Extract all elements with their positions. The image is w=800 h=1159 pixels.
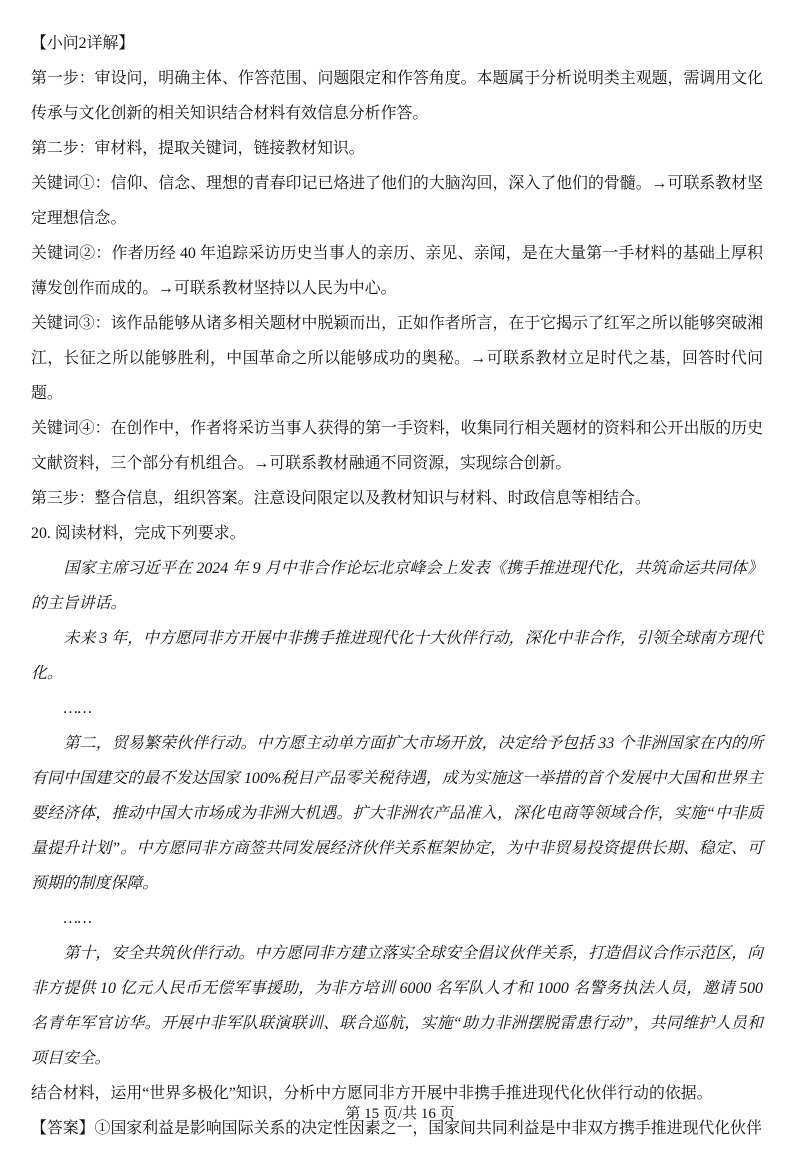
material-speech-intro: 国家主席习近平在 2024 年 9 月中非合作论坛北京峰会上发表《携手推进现代化… <box>31 551 763 621</box>
material-security-partnership: 第十，安全共筑伙伴行动。中方愿同非方建立落实全球安全倡议伙伴关系，打造倡议合作示… <box>31 936 763 1076</box>
keyword-1-paragraph: 关键词①：信仰、信念、理想的青春印记已烙进了他们的大脑沟回，深入了他们的骨髓。→… <box>31 166 763 236</box>
page-number-footer: 第 15 页/共 16 页 <box>0 1103 800 1125</box>
keyword-2-paragraph: 关键词②：作者历经 40 年追踪采访历史当事人的亲历、亲见、亲闻，是在大量第一手… <box>31 236 763 306</box>
material-next-3-years: 未来 3 年，中方愿同非方开展中非携手推进现代化十大伙伴行动，深化中非合作，引领… <box>31 621 763 691</box>
question-20-intro: 20. 阅读材料，完成下列要求。 <box>31 516 763 551</box>
document-body: 【小问2详解】 第一步：审设问，明确主体、作答范围、问题限定和作答角度。本题属于… <box>31 26 763 1146</box>
step-1-paragraph: 第一步：审设问，明确主体、作答范围、问题限定和作答角度。本题属于分析说明类主观题… <box>31 61 763 131</box>
material-trade-partnership: 第二，贸易繁荣伙伴行动。中方愿主动单方面扩大市场开放，决定给予包括 33 个非洲… <box>31 726 763 901</box>
subquestion-2-heading: 【小问2详解】 <box>31 26 763 61</box>
material-ellipsis-1: …… <box>31 691 763 726</box>
material-ellipsis-2: …… <box>31 901 763 936</box>
step-3-paragraph: 第三步：整合信息，组织答案。注意设问限定以及教材知识与材料、时政信息等相结合。 <box>31 481 763 516</box>
keyword-4-paragraph: 关键词④：在创作中，作者将采访当事人获得的第一手资料，收集同行相关题材的资料和公… <box>31 411 763 481</box>
step-2-paragraph: 第二步：审材料，提取关键词，链接教材知识。 <box>31 131 763 166</box>
keyword-3-paragraph: 关键词③：该作品能够从诸多相关题材中脱颖而出，正如作者所言，在于它揭示了红军之所… <box>31 306 763 411</box>
